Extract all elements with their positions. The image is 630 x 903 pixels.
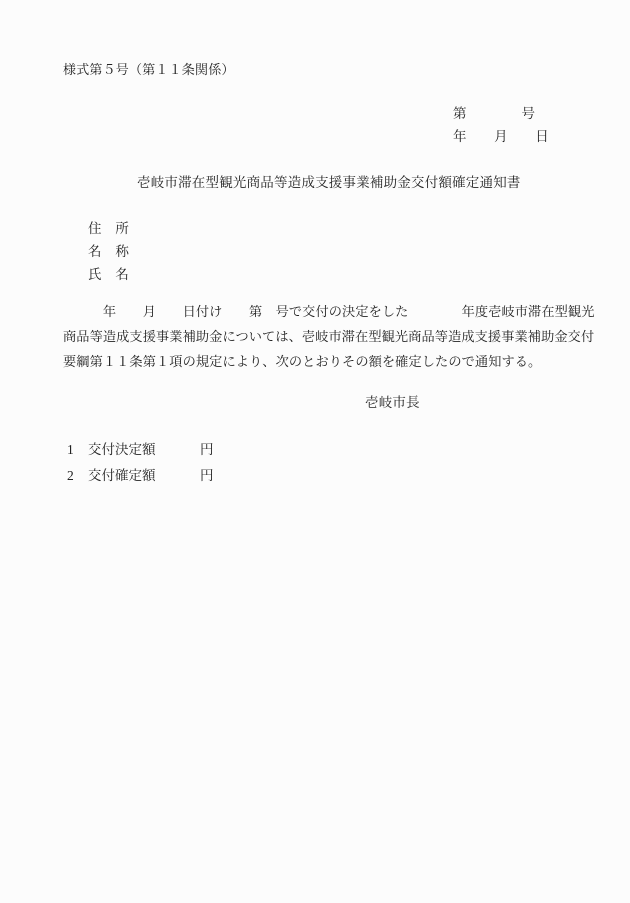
document-number-line: 第 号 (453, 105, 535, 123)
item-row: 1 交付決定額 円 (67, 441, 367, 461)
issue-date-line: 年 月 日 (453, 128, 549, 146)
item-number: 1 (67, 441, 74, 459)
document-title: 壱岐市滞在型観光商品等造成支援事業補助金交付額確定通知書 (137, 174, 521, 192)
body-paragraph: 年 月 日付け 第 号で交付の決定をした 年度壱岐市滞在型観光 商品等造成支援事… (63, 299, 603, 375)
form-number-label: 様式第５号（第１１条関係） (63, 61, 235, 79)
item-label: 交付確定額 (88, 467, 156, 485)
sender-title: 壱岐市長 (365, 394, 420, 412)
body-line-3: 要綱第１１条第１項の規定により、次のとおりその額を確定したので通知する。 (63, 349, 603, 374)
recipient-address-label: 住 所 (88, 220, 129, 238)
item-unit: 円 (200, 467, 214, 485)
recipient-person-label: 氏 名 (88, 266, 129, 284)
body-line-1: 年 月 日付け 第 号で交付の決定をした 年度壱岐市滞在型観光 (63, 299, 603, 324)
recipient-name-label: 名 称 (88, 243, 129, 261)
item-row: 2 交付確定額 円 (67, 467, 367, 487)
item-number: 2 (67, 467, 74, 485)
body-line-2: 商品等造成支援事業補助金については、壱岐市滞在型観光商品等造成支援事業補助金交付 (63, 324, 603, 349)
document-page: 様式第５号（第１１条関係） 第 号 年 月 日 壱岐市滞在型観光商品等造成支援事… (0, 0, 630, 903)
item-label: 交付決定額 (88, 441, 156, 459)
item-unit: 円 (200, 441, 214, 459)
